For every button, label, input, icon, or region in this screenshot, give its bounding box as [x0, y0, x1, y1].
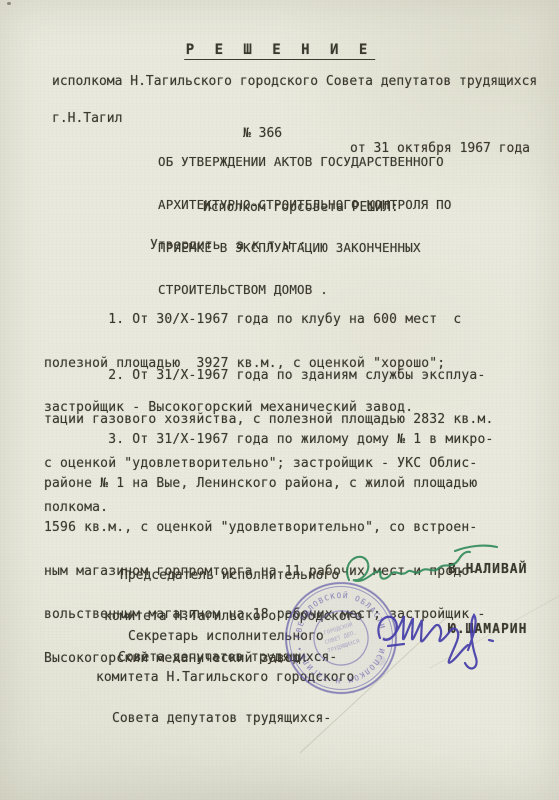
paragraph-line: 3. От 31/Х-1967 года по жилому дому № 1 …: [44, 433, 494, 448]
secretary-name: Ю.ШАМАРИН: [448, 622, 527, 637]
issuing-org-line: исполкома Н.Тагильского городского Совет…: [52, 74, 537, 89]
caption-line: комитета Н.Тагильского городского: [96, 671, 354, 685]
subject-line: ОБ УТВЕРЖДЕНИИ АКТОВ ГОСУДАРСТВЕННОГО: [158, 155, 452, 169]
chairman-name: В.НАЛИВАЙ: [448, 562, 527, 577]
paper-speck: [7, 2, 11, 5]
document-scan: Р Е Ш Е Н И Е исполкома Н.Тагильского го…: [0, 0, 559, 800]
city-label: г.Н.Тагил: [52, 111, 122, 126]
caption-line: Совета депутатов трудящихся-: [112, 712, 354, 726]
paragraph-line: 1596 кв.м., с оценкой "удовлетворительно…: [44, 521, 494, 536]
caption-line: Секретарь исполнительного: [128, 630, 354, 644]
paragraph-line: 1. От 30/Х-1967 года по клубу на 600 мес…: [44, 313, 461, 328]
secretary-signature-caption: Секретарь исполнительного комитета Н.Таг…: [96, 603, 354, 753]
paragraph-line: 2. От 31/Х-1967 года по зданиям службы э…: [44, 369, 494, 384]
document-title: Р Е Ш Е Н И Е: [184, 42, 376, 60]
approve-line: Утвердить а к т ы :: [150, 238, 307, 253]
resolved-line: Исполком горсовета РЕШИЛ:: [203, 200, 399, 215]
caption-line: Председатель исполнительного: [120, 569, 362, 583]
paragraph-line: районе № 1 на Вые, Ленинского района, с …: [44, 477, 494, 492]
